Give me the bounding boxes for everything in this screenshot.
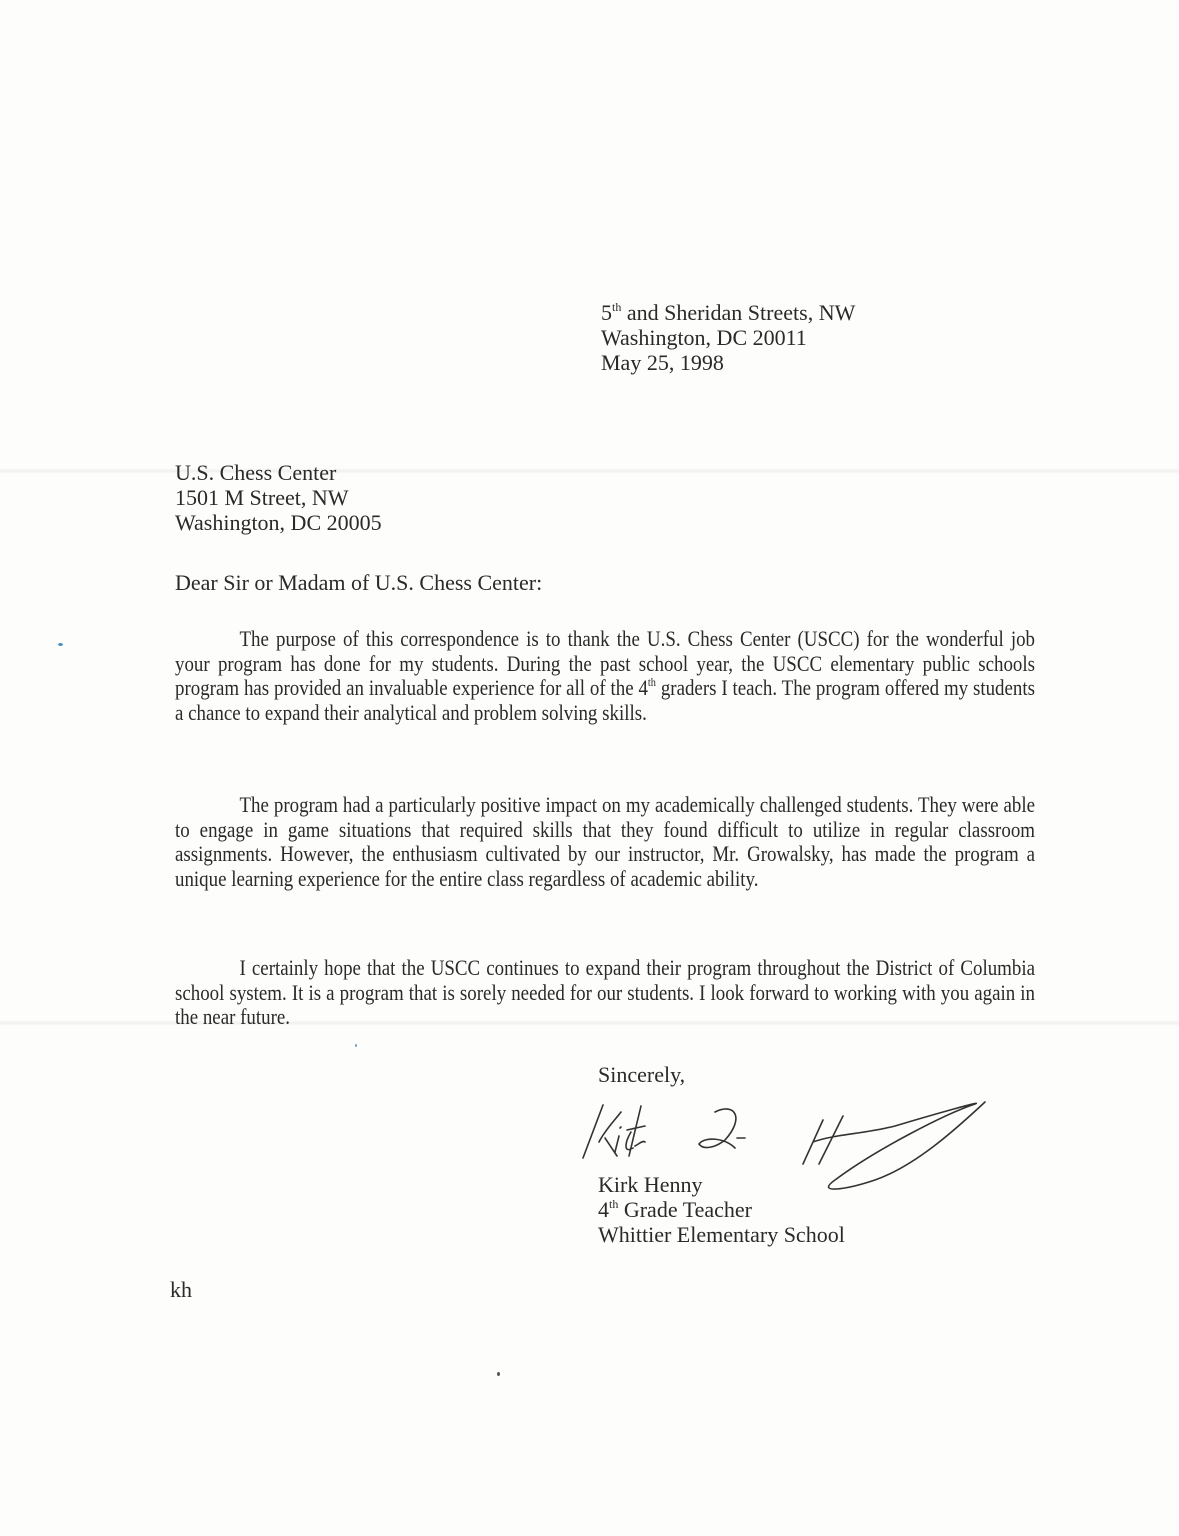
- signer-title: 4th Grade Teacher: [598, 1197, 845, 1222]
- recipient-street: 1501 M Street, NW: [175, 485, 382, 510]
- recipient-name: U.S. Chess Center: [175, 460, 382, 485]
- scan-speck: [355, 1044, 357, 1047]
- signer-name: Kirk Henny: [598, 1172, 845, 1197]
- scan-speck: [58, 643, 63, 646]
- sender-street: 5th and Sheridan Streets, NW: [601, 300, 855, 325]
- typist-initials: kh: [170, 1277, 192, 1302]
- scan-speck: [497, 1372, 500, 1376]
- body-paragraph-2: The program had a particularly positive …: [175, 793, 915, 891]
- letter-date: May 25, 1998: [601, 350, 855, 375]
- sender-address-block: 5th and Sheridan Streets, NW Washington,…: [601, 300, 855, 375]
- signer-school: Whittier Elementary School: [598, 1222, 845, 1247]
- recipient-city: Washington, DC 20005: [175, 510, 382, 535]
- recipient-address-block: U.S. Chess Center 1501 M Street, NW Wash…: [175, 460, 382, 535]
- body-paragraph-1: The purpose of this correspondence is to…: [175, 627, 915, 725]
- closing: Sincerely,: [598, 1062, 685, 1087]
- body-paragraph-3: I certainly hope that the USCC continues…: [175, 956, 915, 1030]
- sender-city: Washington, DC 20011: [601, 325, 855, 350]
- salutation: Dear Sir or Madam of U.S. Chess Center:: [175, 570, 542, 595]
- signature-block: Kirk Henny 4th Grade Teacher Whittier El…: [598, 1172, 845, 1247]
